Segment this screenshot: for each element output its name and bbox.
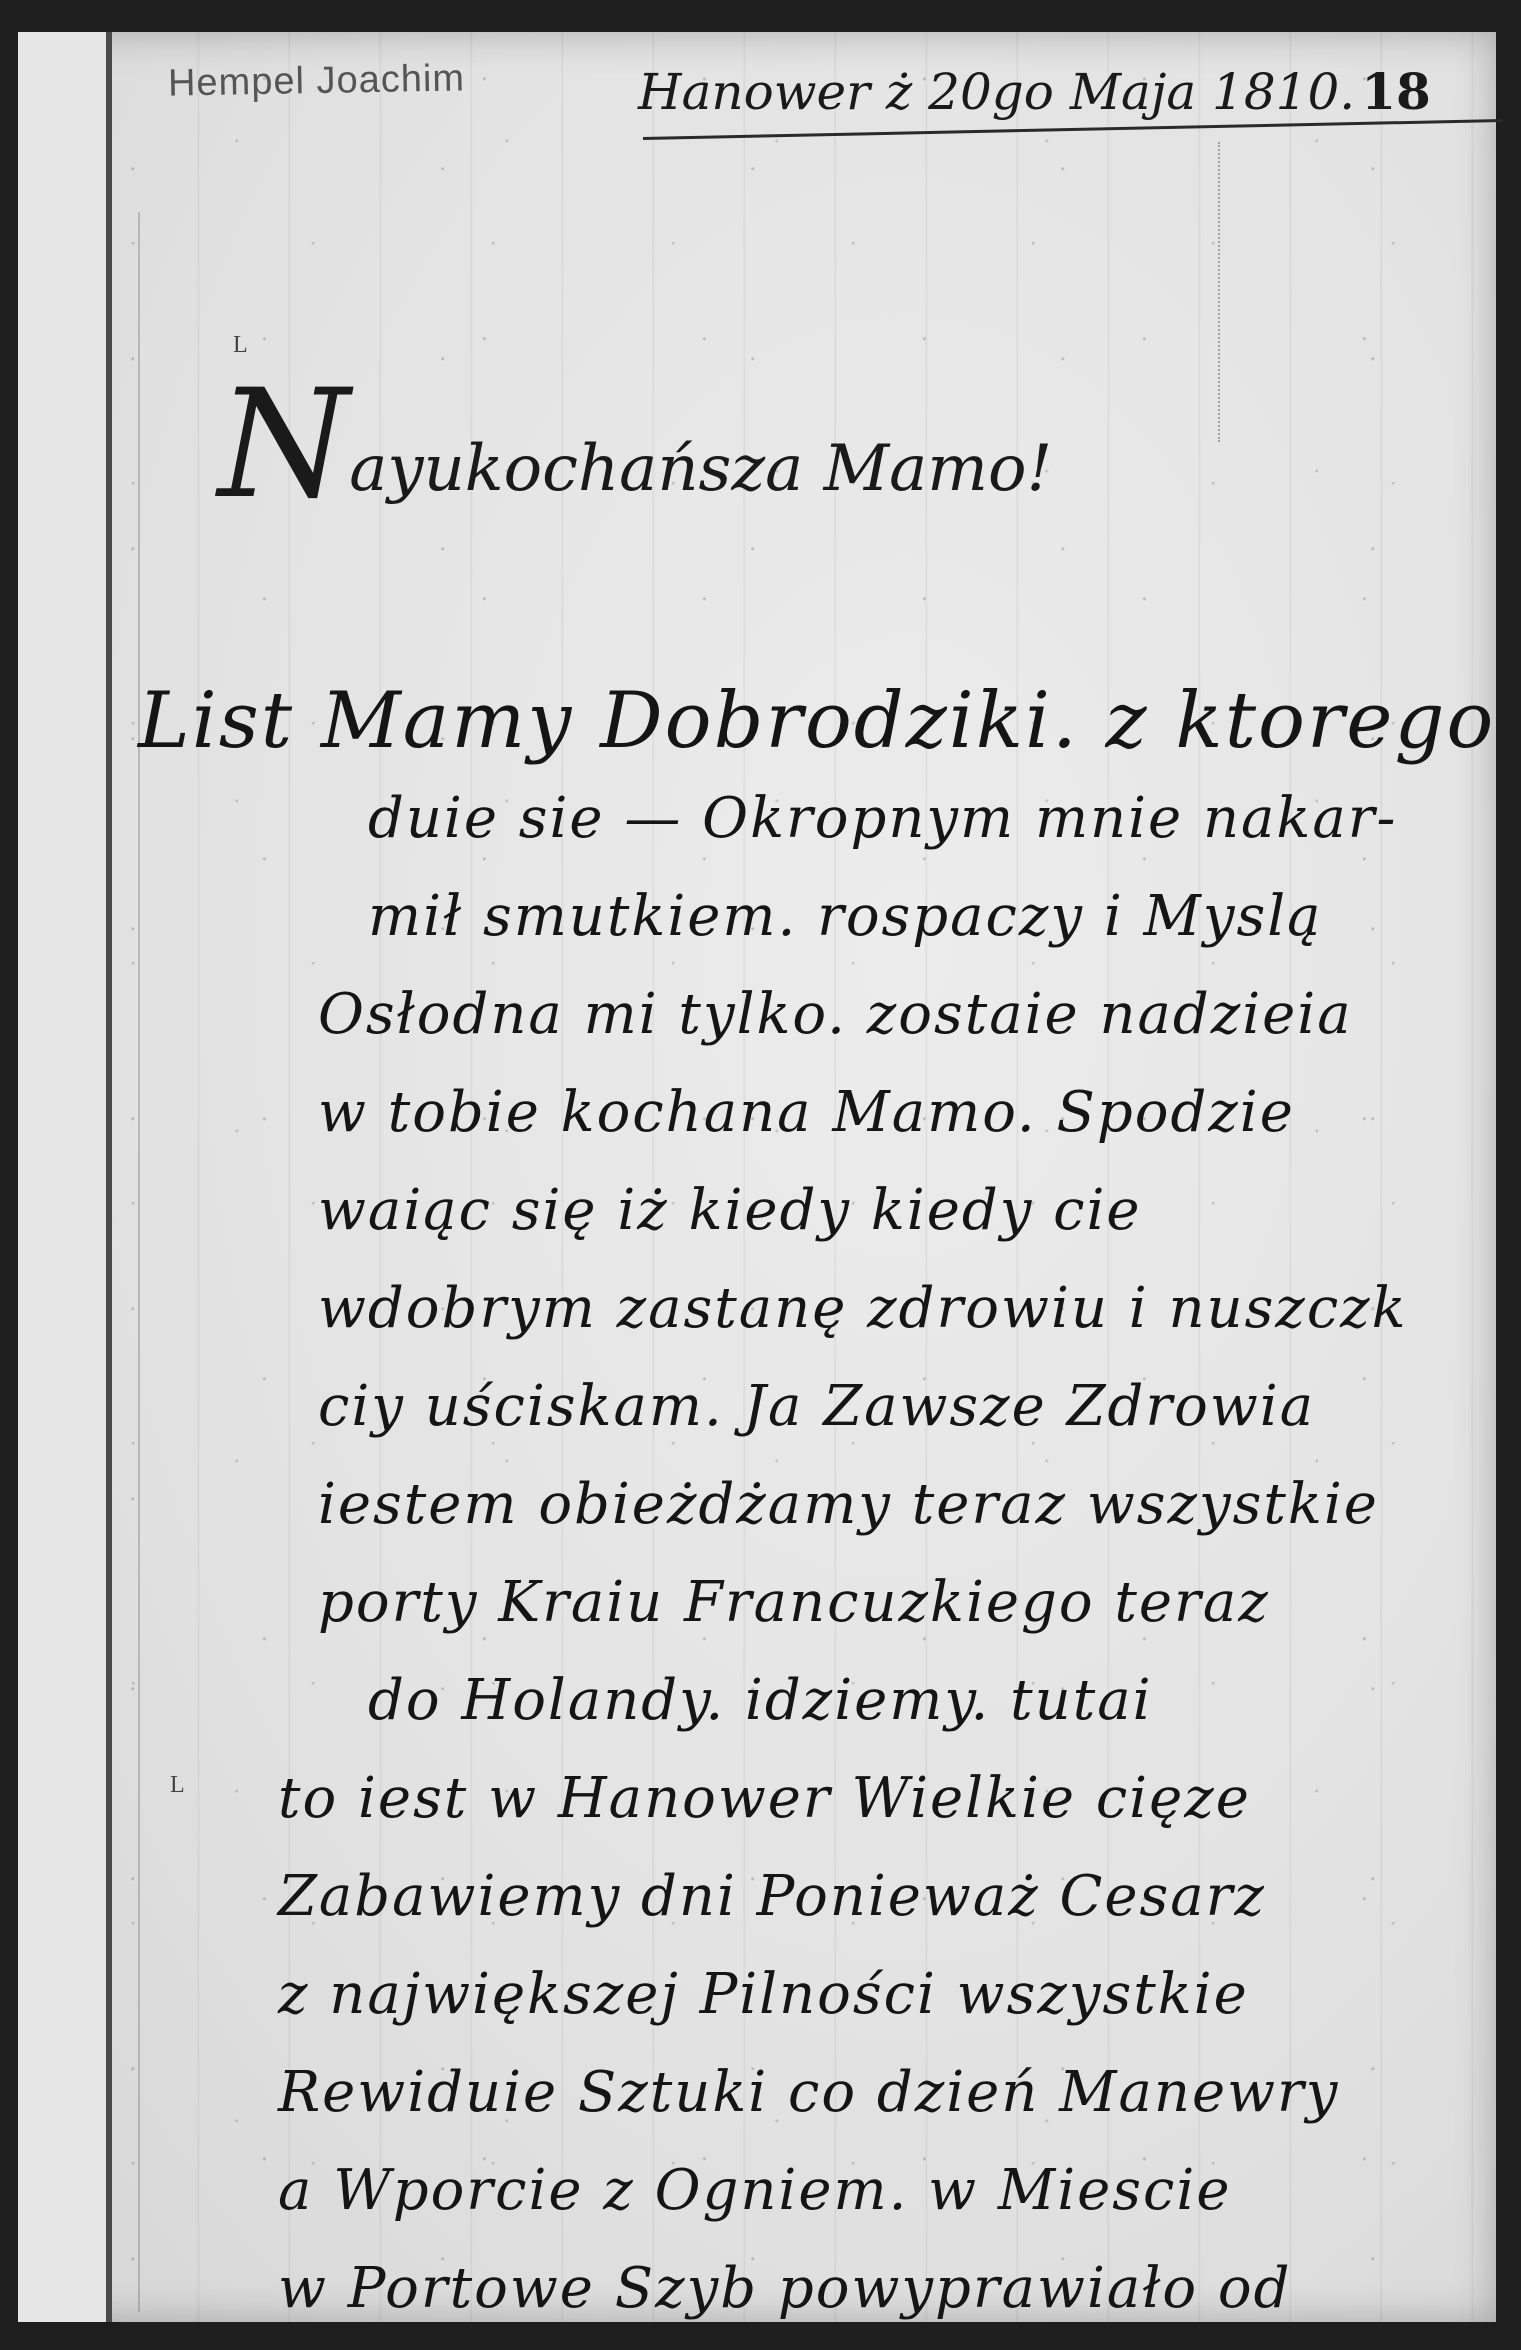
folio-number: 18 (1361, 62, 1431, 121)
body-line: waiąc się iż kiedy kiedy cie (138, 1162, 1498, 1260)
body-line: w Portowe Szyb powyprawiało od (138, 2240, 1498, 2338)
salutation-text: ayukochańsza Mamo! (349, 432, 1052, 506)
body-line: duie sie — Okropnym mnie nakar- (138, 770, 1498, 868)
margin-rule-line (106, 32, 112, 2322)
body-line: mił smutkiem. rospaczy i Myslą (138, 868, 1498, 966)
microfilm-frame: Hempel Joachim Hanower ż 20go Maja 1810.… (0, 0, 1521, 2350)
body-line: do Holandy. idziemy. tutai (138, 1652, 1498, 1750)
heading-place: Hanower (638, 63, 870, 121)
archive-annotation: Hempel Joachim (168, 57, 466, 105)
body-line: w tobie kochana Mamo. Spodzie (138, 1064, 1498, 1162)
marginal-mark: L (170, 1772, 185, 1799)
body-line: Osłodna mi tylko. zostaie nadzieia (138, 966, 1498, 1064)
salutation: Nayukochańsza Mamo! (218, 432, 1052, 506)
body-line: wdobrym zastanę zdrowiu i nuszczk (138, 1260, 1498, 1358)
letter-page: Hempel Joachim Hanower ż 20go Maja 1810.… (18, 32, 1496, 2322)
left-margin-strip (18, 32, 106, 2322)
body-line: porty Kraiu Francuzkiego teraz (138, 1554, 1498, 1652)
body-line: Rewiduie Sztuki co dzień Manewry (138, 2044, 1498, 2142)
letter-body: List Mamy Dobrodziki. z ktorego dowia du… (138, 672, 1498, 2338)
body-line: List Mamy Dobrodziki. z ktorego dowia (138, 672, 1498, 770)
heading-month: Maja (1070, 63, 1196, 121)
body-line: ciy uściskam. Ja Zawsze Zdrowia (138, 1358, 1498, 1456)
letter-heading: Hanower ż 20go Maja 1810.18 (638, 62, 1498, 121)
ink-bleed-through (1218, 142, 1246, 442)
body-line: a Wporcie z Ogniem. w Miescie (138, 2142, 1498, 2240)
marginal-mark: L (233, 332, 248, 359)
body-line: z największej Pilności wszystkie (138, 1946, 1498, 2044)
body-line: iestem obieżdżamy teraz wszystkie (138, 1456, 1498, 1554)
body-line: to iest w Hanower Wielkie cięze (138, 1750, 1498, 1848)
heading-date-prefix: ż (886, 63, 912, 121)
salutation-initial: N (218, 358, 349, 532)
body-line: Zabawiemy dni Ponieważ Cesarz (138, 1848, 1498, 1946)
heading-underline (643, 119, 1503, 140)
heading-year: 1810. (1212, 63, 1355, 121)
heading-day: 20go (928, 63, 1054, 121)
